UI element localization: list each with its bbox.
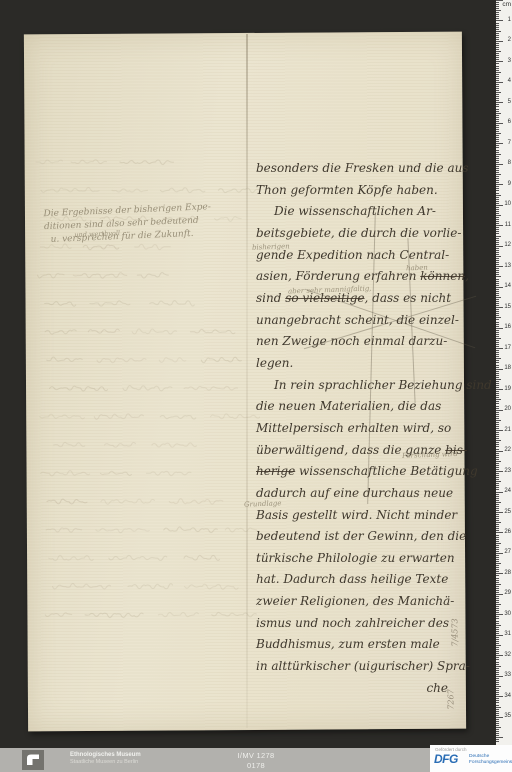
ruler-tick	[496, 516, 499, 517]
ruler-tick	[496, 164, 503, 165]
ruler-tick	[496, 502, 501, 503]
ruler-tick	[496, 223, 499, 224]
ruler-tick	[496, 37, 499, 38]
ruler-tick	[496, 522, 501, 523]
ruler-tick	[496, 500, 499, 501]
ruler-tick	[496, 233, 499, 234]
ruler-tick	[496, 696, 503, 697]
ruler-tick	[496, 324, 499, 325]
ruler-tick	[496, 496, 499, 497]
ruler-tick	[496, 391, 499, 392]
ruler-tick	[496, 150, 499, 151]
ruler-tick	[496, 131, 499, 132]
ruler-tick	[496, 29, 499, 30]
ruler-tick	[496, 741, 499, 742]
pencil-note: bisherigen	[252, 242, 290, 251]
ruler-tick	[496, 356, 499, 357]
ruler-tick	[496, 311, 499, 312]
manuscript-line: hat. Dadurch dass heilige Texte	[256, 569, 466, 591]
ruler-tick	[496, 178, 499, 179]
ruler-tick	[496, 489, 499, 490]
ruler-tick	[496, 360, 499, 361]
ruler-number: 21	[504, 427, 511, 434]
ruler-tick	[496, 371, 499, 372]
ruler-tick	[496, 645, 501, 646]
ruler-tick	[496, 504, 499, 505]
manuscript-line: legen.	[256, 353, 466, 375]
ruler-tick	[496, 541, 499, 542]
ruler-tick	[496, 63, 499, 64]
ruler-tick	[496, 190, 499, 191]
ruler-tick	[496, 602, 499, 603]
ruler-tick	[496, 342, 499, 343]
ruler-number: 27	[504, 549, 511, 556]
ruler-tick	[496, 346, 499, 347]
ruler-tick	[496, 250, 499, 251]
ruler-tick	[496, 575, 499, 576]
ruler-tick	[496, 61, 503, 62]
ruler-tick	[496, 475, 499, 476]
ruler-tick	[496, 672, 499, 673]
manuscript-line: Mittelpersisch erhalten wird, so	[256, 418, 466, 440]
ruler-number: 11	[505, 222, 511, 229]
ruler-number: 33	[504, 672, 511, 679]
pencil-annotation-insertion: und werthvoll	[74, 227, 120, 242]
ruler-tick	[496, 297, 501, 298]
manuscript-text: besonders die Fresken und die ausThon ge…	[256, 158, 466, 699]
ruler-tick	[496, 295, 499, 296]
ruler-tick	[496, 229, 499, 230]
ruler-tick	[496, 135, 499, 136]
ruler-number: 32	[504, 652, 511, 659]
ruler-number: 8	[508, 160, 511, 167]
ruler-tick	[496, 47, 499, 48]
ruler-tick	[496, 397, 499, 398]
ruler-tick	[496, 526, 499, 527]
fold-crease	[246, 34, 248, 728]
ruler-tick	[496, 80, 499, 81]
ruler-tick	[496, 203, 499, 204]
ruler-tick	[496, 469, 499, 470]
ruler-tick	[496, 281, 499, 282]
ruler-tick	[496, 586, 499, 587]
ruler-tick	[496, 96, 499, 97]
ruler-tick	[496, 727, 501, 728]
ruler-tick	[496, 86, 499, 87]
ruler-tick	[496, 100, 499, 101]
ruler-tick	[496, 330, 499, 331]
ruler-tick	[496, 340, 499, 341]
ruler-tick	[496, 309, 499, 310]
ruler-tick	[496, 197, 499, 198]
ruler-tick	[496, 254, 499, 255]
ruler-tick	[496, 348, 503, 349]
ruler-tick	[496, 485, 499, 486]
ruler-tick	[496, 463, 499, 464]
ruler-tick	[496, 385, 499, 386]
ruler-tick	[496, 547, 499, 548]
ruler-tick	[496, 285, 499, 286]
ruler-tick	[496, 287, 503, 288]
ruler-tick	[496, 160, 499, 161]
ruler-tick	[496, 641, 499, 642]
ruler-tick	[496, 518, 499, 519]
ruler-tick	[496, 139, 499, 140]
ruler-number: 35	[504, 713, 511, 720]
ruler-tick	[496, 483, 499, 484]
ruler-tick	[496, 299, 499, 300]
ruler-tick	[496, 420, 501, 421]
ruler-tick	[496, 12, 499, 13]
ruler-tick	[496, 133, 501, 134]
ruler-tick	[496, 401, 499, 402]
ruler-tick	[496, 172, 499, 173]
ruler-tick	[496, 104, 499, 105]
ruler-tick	[496, 729, 499, 730]
ruler-tick	[496, 700, 499, 701]
ruler-number: 7	[508, 140, 511, 147]
ruler-tick	[496, 399, 501, 400]
ruler-tick	[496, 303, 499, 304]
ruler-tick	[496, 449, 499, 450]
ruler-tick	[496, 430, 503, 431]
ruler-tick	[496, 119, 499, 120]
ruler-tick	[496, 731, 499, 732]
ruler-tick	[496, 520, 499, 521]
ruler-tick	[496, 465, 499, 466]
ruler-tick	[496, 240, 499, 241]
manuscript-line: beitsgebiete, die durch die vorlie-	[256, 223, 466, 245]
ruler-tick	[496, 338, 501, 339]
ruler-tick	[496, 113, 501, 114]
ruler-tick	[496, 387, 499, 388]
ruler-tick	[496, 494, 499, 495]
manuscript-line: Basis gestellt wird. Nicht minder	[256, 505, 466, 527]
ruler-tick	[496, 418, 499, 419]
ruler-tick	[496, 106, 499, 107]
ruler-tick	[496, 416, 499, 417]
ruler-tick	[496, 68, 499, 69]
manuscript-line: zweier Religionen, des Manichä-	[256, 591, 466, 613]
ruler-tick	[496, 403, 499, 404]
ruler-tick	[496, 252, 499, 253]
ruler-tick	[496, 4, 499, 5]
ruler-tick	[496, 328, 503, 329]
ruler-tick	[496, 535, 499, 536]
ruler-tick	[496, 694, 499, 695]
ruler-tick	[496, 723, 499, 724]
ruler-tick	[496, 158, 499, 159]
ruler-tick	[496, 467, 499, 468]
ruler-tick	[496, 565, 499, 566]
ruler-tick	[496, 211, 499, 212]
ruler-tick	[496, 2, 499, 3]
ruler-number: 9	[508, 181, 511, 188]
ruler-tick	[496, 33, 499, 34]
ruler-tick	[496, 49, 499, 50]
ruler-tick	[496, 688, 499, 689]
ruler-tick	[496, 283, 499, 284]
ruler-tick	[496, 145, 499, 146]
ruler-tick	[496, 23, 499, 24]
ruler-tick	[496, 618, 499, 619]
ruler-tick	[496, 637, 499, 638]
ruler-tick	[496, 350, 499, 351]
ruler-tick	[496, 709, 499, 710]
ruler-tick	[496, 528, 499, 529]
ruler-tick	[496, 168, 499, 169]
ruler-tick	[496, 711, 499, 712]
dfg-full-name: Deutsche Forschungsgemeinschaft	[469, 754, 512, 765]
ruler-tick	[496, 569, 499, 570]
ruler-tick	[496, 436, 499, 437]
ruler-tick	[496, 41, 503, 42]
ruler-tick	[496, 643, 499, 644]
ruler-tick	[496, 313, 499, 314]
ruler-tick	[496, 301, 499, 302]
ruler-tick	[496, 180, 499, 181]
ruler-tick	[496, 649, 499, 650]
ruler-tick	[496, 195, 501, 196]
ruler-tick	[496, 117, 499, 118]
ruler-tick	[496, 594, 503, 595]
ruler-tick	[496, 260, 499, 261]
manuscript-line: Die wissenschaftlichen Ar-	[256, 201, 466, 223]
strike-through-word: herige	[256, 464, 295, 478]
manuscript-line: herige wissenschaftliche Betätigung	[256, 461, 466, 483]
ruler-tick	[496, 207, 499, 208]
manuscript-line: Thon geformten Köpfe haben.	[256, 180, 466, 202]
ruler-tick	[496, 717, 503, 718]
ruler-tick	[496, 0, 503, 1]
ruler-tick	[496, 272, 499, 273]
ruler-tick	[496, 543, 501, 544]
ruler-number: 17	[504, 345, 511, 352]
ruler-tick	[496, 631, 499, 632]
ruler-tick	[496, 322, 499, 323]
ruler-tick	[496, 393, 499, 394]
ruler-tick	[496, 537, 499, 538]
ruler-tick	[496, 446, 499, 447]
ruler: cm 1234567891011121314151617181920212223…	[496, 0, 512, 746]
ruler-tick	[496, 74, 499, 75]
ruler-tick	[496, 274, 499, 275]
ruler-number: 1	[508, 17, 511, 24]
manuscript-line: In rein sprachlicher Beziehung sind	[256, 375, 466, 397]
ruler-tick	[496, 721, 499, 722]
ruler-tick	[496, 662, 499, 663]
dfg-logo: Gefördert durch DFG Deutsche Forschungsg…	[430, 745, 512, 772]
archive-scan-viewer: Die Ergebnisse der bisherigen Expe- diti…	[0, 0, 512, 772]
ruler-tick	[496, 141, 499, 142]
ruler-tick	[496, 428, 499, 429]
ruler-tick	[496, 719, 499, 720]
ruler-tick	[496, 629, 499, 630]
ruler-tick	[496, 59, 499, 60]
ruler-tick	[496, 598, 499, 599]
ruler-tick	[496, 557, 499, 558]
ruler-tick	[496, 279, 499, 280]
ruler-tick	[496, 530, 499, 531]
ruler-tick	[496, 10, 501, 11]
ruler-tick	[496, 545, 499, 546]
ruler-tick	[496, 508, 499, 509]
ruler-tick	[496, 186, 499, 187]
ruler-tick	[496, 578, 499, 579]
ruler-number: 6	[508, 119, 511, 126]
ruler-tick	[496, 227, 499, 228]
ruler-tick	[496, 70, 499, 71]
ruler-tick	[496, 623, 499, 624]
ruler-tick	[496, 258, 499, 259]
ruler-tick	[496, 510, 499, 511]
footer-bar: Ethnologisches Museum Staatliche Museen …	[0, 748, 512, 772]
ruler-tick	[496, 51, 501, 52]
pencil-note: Grundlage	[244, 499, 282, 508]
ruler-tick	[496, 676, 503, 677]
ruler-tick	[496, 481, 501, 482]
ruler-tick	[496, 162, 499, 163]
ruler-tick	[496, 31, 501, 32]
ruler-tick	[496, 262, 499, 263]
ruler-tick	[496, 94, 499, 95]
ruler-tick	[496, 453, 499, 454]
ruler-tick	[496, 373, 499, 374]
ruler-number: 28	[504, 570, 511, 577]
ruler-tick	[496, 559, 499, 560]
ruler-tick	[496, 270, 499, 271]
ruler-number: 22	[504, 447, 511, 454]
ruler-tick	[496, 451, 503, 452]
ruler-tick	[496, 16, 499, 17]
manuscript-line: Buddhismus, zum ersten male	[256, 634, 466, 656]
ruler-tick	[496, 125, 499, 126]
ruler-tick	[496, 455, 499, 456]
ruler-tick	[496, 98, 499, 99]
ruler-number: 24	[504, 488, 511, 495]
ruler-tick	[496, 182, 499, 183]
ruler-number: 10	[504, 201, 511, 208]
manuscript-line: in alttürkischer (uigurischer) Spra-	[256, 656, 466, 678]
ruler-tick	[496, 383, 499, 384]
ruler-tick	[496, 170, 499, 171]
ruler-tick	[496, 444, 499, 445]
ruler-tick	[496, 362, 499, 363]
ruler-number: 18	[504, 365, 511, 372]
ruler-tick	[496, 674, 499, 675]
ruler-tick	[496, 367, 499, 368]
ruler-tick	[496, 680, 499, 681]
ruler-tick	[496, 561, 499, 562]
ruler-tick	[496, 209, 499, 210]
ruler-tick	[496, 319, 499, 320]
manuscript-line: türkische Philologie zu erwarten	[256, 548, 466, 570]
manuscript-line: bedeutend ist der Gewinn, den die	[256, 526, 466, 548]
ruler-tick	[496, 664, 499, 665]
ruler-tick	[496, 231, 499, 232]
ruler-tick	[496, 492, 503, 493]
ruler-tick	[496, 692, 499, 693]
manuscript-line: unangebracht scheint, die einzel-	[256, 310, 466, 332]
ruler-tick	[496, 616, 499, 617]
ruler-tick	[496, 344, 499, 345]
ruler-tick	[496, 221, 499, 222]
ruler-tick	[496, 682, 499, 683]
ruler-tick	[496, 389, 503, 390]
ruler-number: 34	[504, 693, 511, 700]
ruler-tick	[496, 442, 499, 443]
margin-number-vertical: 7267	[447, 665, 456, 735]
ruler-tick	[496, 219, 499, 220]
ruler-number: 14	[504, 283, 511, 290]
ruler-tick	[496, 174, 501, 175]
ruler-tick	[496, 78, 499, 79]
ruler-number: 26	[504, 529, 511, 536]
ruler-tick	[496, 422, 499, 423]
ruler-tick	[496, 369, 503, 370]
ruler-tick	[496, 332, 499, 333]
ruler-tick	[496, 555, 499, 556]
ruler-tick	[496, 14, 499, 15]
ruler-tick	[496, 205, 503, 206]
ruler-tick	[496, 647, 499, 648]
ruler-tick	[496, 395, 499, 396]
ruler-tick	[496, 201, 499, 202]
ruler-tick	[496, 102, 503, 103]
ruler-tick	[496, 291, 499, 292]
ruler-tick	[496, 471, 503, 472]
ruler-tick	[496, 66, 499, 67]
ruler-tick	[496, 739, 499, 740]
ruler-tick	[496, 733, 499, 734]
ruler-tick	[496, 336, 499, 337]
manuscript-line: besonders die Fresken und die aus	[256, 158, 466, 180]
ruler-tick	[496, 666, 501, 667]
ruler-number: 13	[504, 263, 511, 270]
ruler-tick	[496, 600, 499, 601]
ruler-tick	[496, 354, 499, 355]
ruler-tick	[496, 705, 499, 706]
ruler-tick	[496, 512, 503, 513]
ruler-tick	[496, 715, 499, 716]
ruler-tick	[496, 582, 499, 583]
ruler-tick	[496, 479, 499, 480]
ruler-tick	[496, 242, 499, 243]
ruler-tick	[496, 76, 499, 77]
ruler-tick	[496, 193, 499, 194]
ruler-tick	[496, 381, 499, 382]
dfg-acronym: DFG	[434, 752, 458, 766]
ruler-tick	[496, 184, 503, 185]
ruler-tick	[496, 571, 499, 572]
ruler-tick	[496, 713, 499, 714]
ruler-number: 30	[504, 611, 511, 618]
ruler-tick	[496, 215, 501, 216]
ruler-number: 12	[504, 242, 511, 249]
ruler-tick	[496, 176, 499, 177]
ruler-tick	[496, 604, 501, 605]
manuscript-line: dadurch auf eine durchaus neue	[256, 483, 466, 505]
ruler-tick	[496, 326, 499, 327]
ruler-number: 16	[504, 324, 511, 331]
ruler-tick	[496, 248, 499, 249]
ruler-tick	[496, 358, 501, 359]
ruler-tick	[496, 424, 499, 425]
ruler-tick	[496, 188, 499, 189]
ruler-number: 5	[508, 99, 511, 106]
ruler-tick	[496, 27, 499, 28]
margin-number-vertical: 7/4573	[451, 598, 460, 668]
